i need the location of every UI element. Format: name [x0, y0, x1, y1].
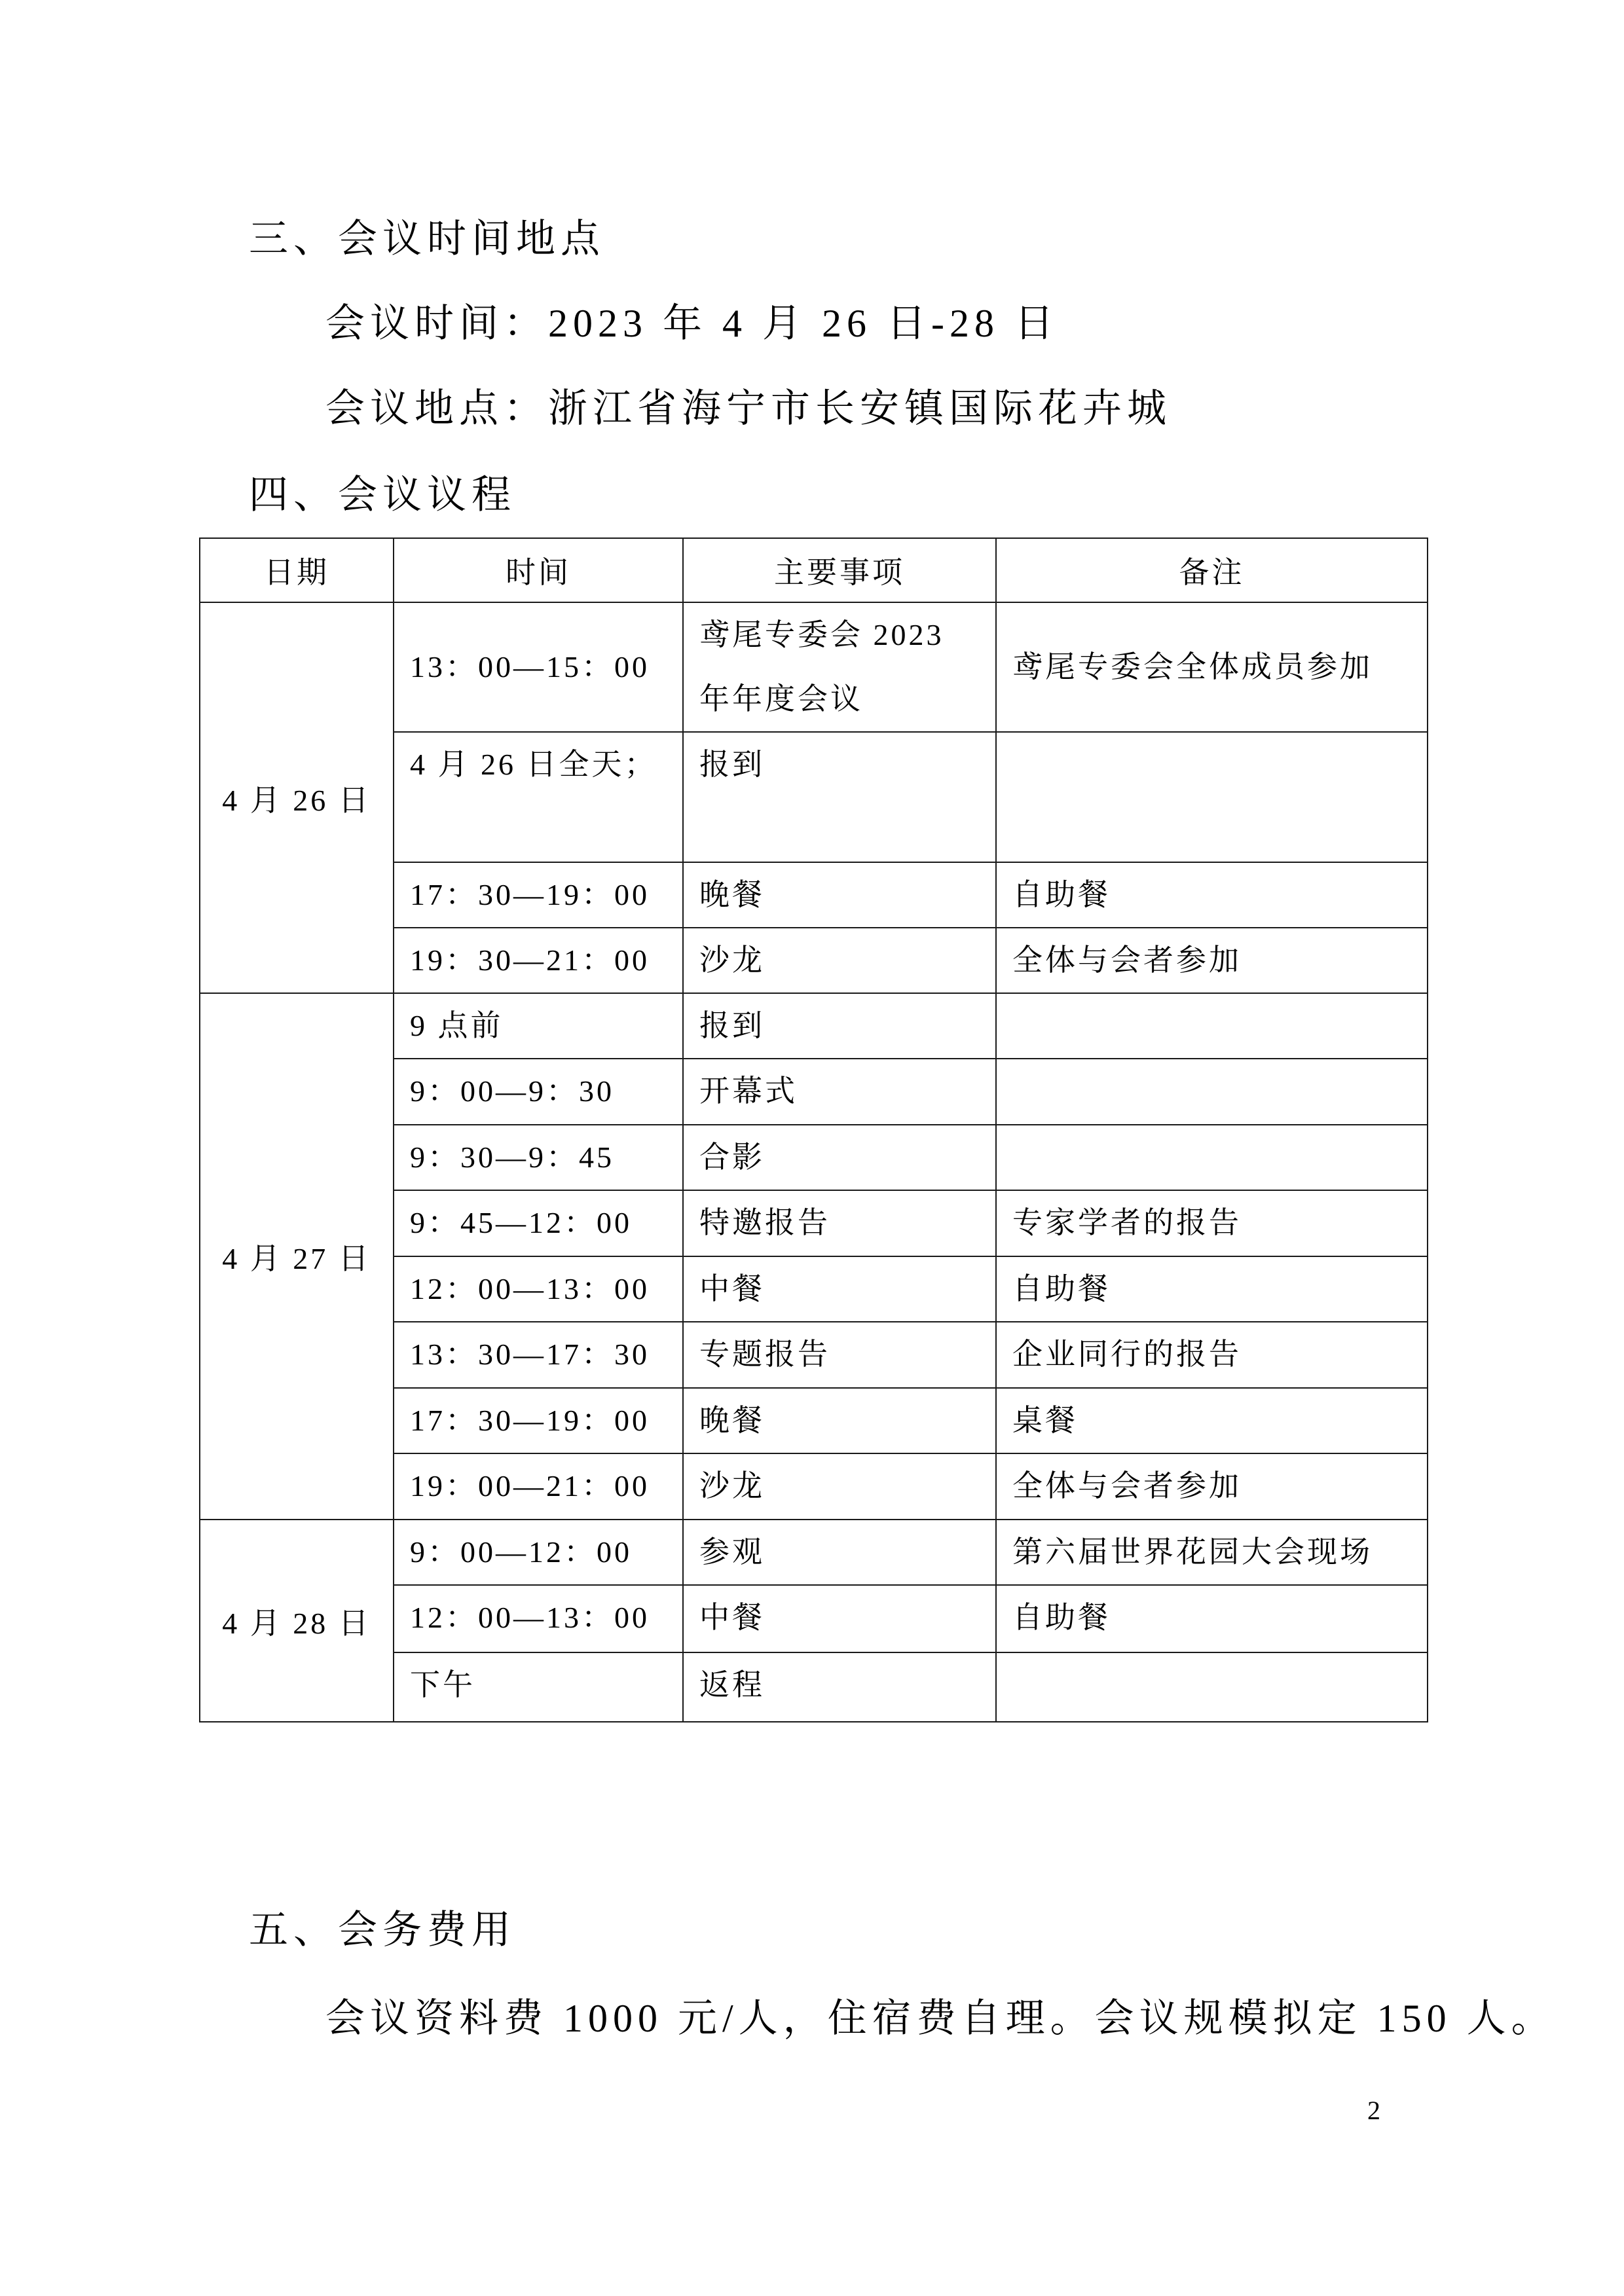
time-cell: 17：30—19：00 [394, 1388, 683, 1453]
time-cell: 12：00—13：00 [394, 1585, 683, 1652]
note-cell [996, 993, 1428, 1059]
event-cell: 合影 [683, 1125, 996, 1190]
time-cell: 下午 [394, 1652, 683, 1722]
note-cell: 鸢尾专委会全体成员参加 [996, 602, 1428, 732]
note-cell [996, 732, 1428, 862]
note-cell: 桌餐 [996, 1388, 1428, 1453]
section-5-heading: 五、会务费用 [249, 1904, 516, 1956]
time-cell: 9 点前 [394, 993, 683, 1059]
event-cell: 晚餐 [683, 1388, 996, 1453]
time-cell: 17：30—19：00 [394, 862, 683, 928]
event-cell: 沙龙 [683, 928, 996, 993]
header-note: 备注 [996, 538, 1428, 602]
time-cell: 9：00—12：00 [394, 1520, 683, 1585]
time-cell: 9：30—9：45 [394, 1125, 683, 1190]
event-cell: 特邀报告 [683, 1190, 996, 1256]
event-cell: 专题报告 [683, 1322, 996, 1388]
page-number: 2 [1367, 2095, 1380, 2126]
time-cell: 13：00—15：00 [394, 602, 683, 732]
note-cell: 专家学者的报告 [996, 1190, 1428, 1256]
header-event: 主要事项 [683, 538, 996, 602]
event-cell: 返程 [683, 1652, 996, 1722]
fee-line: 会议资料费 1000 元/人，住宿费自理。会议规模拟定 150 人。 [325, 1992, 1556, 2045]
event-cell: 参观 [683, 1520, 996, 1585]
note-cell: 自助餐 [996, 1256, 1428, 1322]
note-cell: 第六届世界花园大会现场 [996, 1520, 1428, 1585]
date-cell: 4 月 28 日 [200, 1520, 394, 1722]
note-cell: 企业同行的报告 [996, 1322, 1428, 1388]
meeting-place-line: 会议地点：浙江省海宁市长安镇国际花卉城 [325, 382, 1172, 435]
header-time: 时间 [394, 538, 683, 602]
section-4-heading: 四、会议议程 [249, 469, 516, 521]
agenda-table: 日期 时间 主要事项 备注 4 月 26 日 13：00—15：00 鸢尾专委会… [199, 538, 1428, 1722]
time-cell: 12：00—13：00 [394, 1256, 683, 1322]
time-cell: 9：45—12：00 [394, 1190, 683, 1256]
note-cell [996, 1652, 1428, 1722]
note-cell: 自助餐 [996, 1585, 1428, 1652]
date-cell: 4 月 26 日 [200, 602, 394, 993]
time-cell: 4 月 26 日全天； [394, 732, 683, 862]
table-row: 4 月 28 日 9：00—12：00 参观 第六届世界花园大会现场 [200, 1520, 1428, 1585]
event-cell: 中餐 [683, 1585, 996, 1652]
time-cell: 13：30—17：30 [394, 1322, 683, 1388]
table-row: 4 月 26 日 13：00—15：00 鸢尾专委会 2023 年年度会议 鸢尾… [200, 602, 1428, 732]
document-page: 三、会议时间地点 会议时间：2023 年 4 月 26 日-28 日 会议地点：… [0, 0, 1624, 2296]
time-cell: 9：00—9：30 [394, 1059, 683, 1125]
note-cell: 全体与会者参加 [996, 1453, 1428, 1520]
note-cell [996, 1059, 1428, 1125]
table-row: 4 月 27 日 9 点前 报到 [200, 993, 1428, 1059]
note-cell: 自助餐 [996, 862, 1428, 928]
event-cell: 开幕式 [683, 1059, 996, 1125]
date-cell: 4 月 27 日 [200, 993, 394, 1520]
event-cell: 晚餐 [683, 862, 996, 928]
section-3-heading: 三、会议时间地点 [249, 213, 605, 265]
event-cell: 中餐 [683, 1256, 996, 1322]
header-date: 日期 [200, 538, 394, 602]
event-cell: 报到 [683, 993, 996, 1059]
meeting-time-line: 会议时间：2023 年 4 月 26 日-28 日 [325, 297, 1059, 350]
event-cell: 鸢尾专委会 2023 年年度会议 [683, 602, 996, 732]
note-cell [996, 1125, 1428, 1190]
event-cell: 报到 [683, 732, 996, 862]
note-cell: 全体与会者参加 [996, 928, 1428, 993]
event-cell: 沙龙 [683, 1453, 996, 1520]
table-header-row: 日期 时间 主要事项 备注 [200, 538, 1428, 602]
time-cell: 19：00—21：00 [394, 1453, 683, 1520]
time-cell: 19：30—21：00 [394, 928, 683, 993]
